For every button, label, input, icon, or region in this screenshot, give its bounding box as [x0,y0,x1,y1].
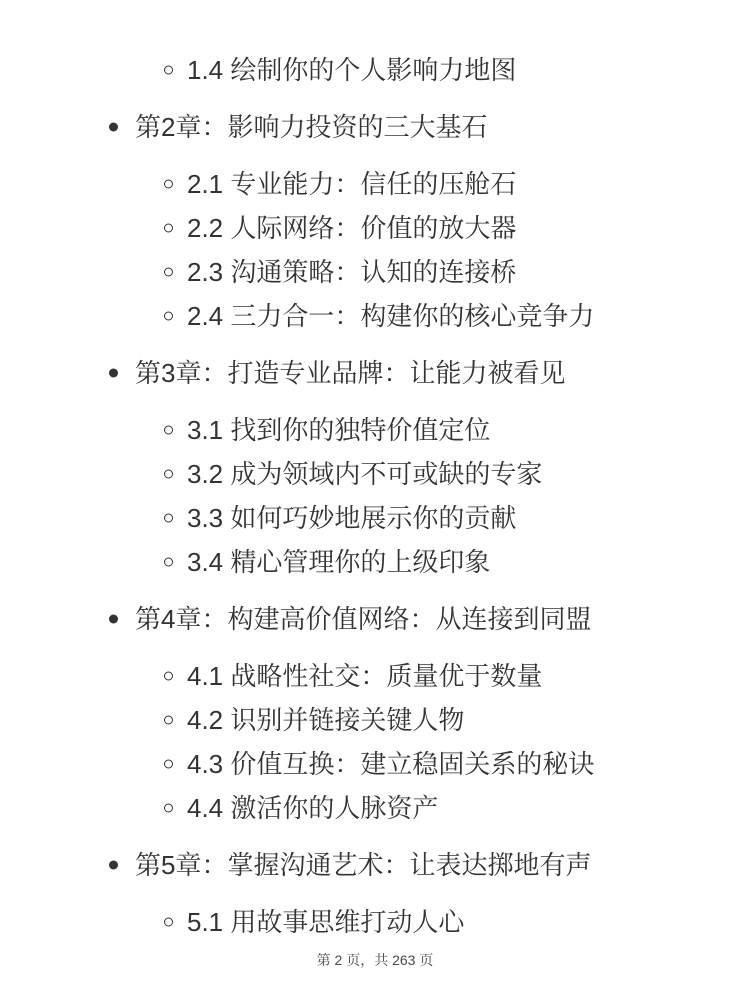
toc-section-label: 4.2 识别并链接关键人物 [187,705,464,735]
circle-bullet-icon [164,558,173,567]
toc-section-label: 3.1 找到你的独特价值定位 [187,415,490,445]
toc-chapter-label: 第4章：构建高价值网络：从连接到同盟 [135,604,591,634]
disc-bullet-icon [109,861,118,870]
circle-bullet-icon [164,268,173,277]
toc-section-label: 4.3 价值互换：建立稳固关系的秘诀 [187,749,594,779]
circle-bullet-icon [164,426,173,435]
toc-section-item: 4.1 战略性社交：质量优于数量 [187,654,720,698]
circle-bullet-icon [164,470,173,479]
toc-section-label: 2.2 人际网络：价值的放大器 [187,213,516,243]
toc-section-label: 1.4 绘制你的个人影响力地图 [187,55,516,85]
circle-bullet-icon [164,672,173,681]
toc-chapter-item: 第3章：打造专业品牌：让能力被看见 [135,351,720,395]
toc-section-item: 4.4 激活你的人脉资产 [187,786,720,830]
toc-chapter-label: 第2章：影响力投资的三大基石 [135,112,487,142]
circle-bullet-icon [164,312,173,321]
toc-section-item: 2.2 人际网络：价值的放大器 [187,206,720,250]
toc-chapter-item: 第4章：构建高价值网络：从连接到同盟 [135,597,720,641]
toc-section-item: 3.4 精心管理你的上级印象 [187,540,720,584]
toc-section-item: 5.1 用故事思维打动人心 [187,900,720,944]
toc-section-label: 4.4 激活你的人脉资产 [187,793,438,823]
toc-section-item: 2.4 三力合一：构建你的核心竞争力 [187,294,720,338]
toc-section-item: 3.1 找到你的独特价值定位 [187,408,720,452]
toc-section-item: 4.2 识别并链接关键人物 [187,698,720,742]
document-page: 1.4 绘制你的个人影响力地图 第2章：影响力投资的三大基石 2.1 专业能力：… [0,0,750,1000]
disc-bullet-icon [109,615,118,624]
toc-section-item: 2.3 沟通策略：认知的连接桥 [187,250,720,294]
disc-bullet-icon [109,123,118,132]
disc-bullet-icon [109,369,118,378]
toc-section-item: 4.3 价值互换：建立稳固关系的秘诀 [187,742,720,786]
circle-bullet-icon [164,180,173,189]
toc-chapter-label: 第5章：掌握沟通艺术：让表达掷地有声 [135,850,591,880]
circle-bullet-icon [164,804,173,813]
toc-section-item: 2.1 专业能力：信任的压舱石 [187,162,720,206]
circle-bullet-icon [164,918,173,927]
toc-section-label: 3.4 精心管理你的上级印象 [187,547,490,577]
circle-bullet-icon [164,716,173,725]
toc-section-item: 1.4 绘制你的个人影响力地图 [187,48,720,92]
toc-section-label: 2.4 三力合一：构建你的核心竞争力 [187,301,594,331]
page-footer: 第 2 页，共 263 页 [0,950,750,970]
toc-section-label: 3.3 如何巧妙地展示你的贡献 [187,503,516,533]
toc-section-item: 3.3 如何巧妙地展示你的贡献 [187,496,720,540]
toc-chapter-item: 第5章：掌握沟通艺术：让表达掷地有声 [135,843,720,887]
toc-chapter-label: 第3章：打造专业品牌：让能力被看见 [135,358,565,388]
table-of-contents: 1.4 绘制你的个人影响力地图 第2章：影响力投资的三大基石 2.1 专业能力：… [0,0,750,944]
toc-section-label: 2.3 沟通策略：认知的连接桥 [187,257,516,287]
circle-bullet-icon [164,760,173,769]
toc-chapter-item: 第2章：影响力投资的三大基石 [135,105,720,149]
circle-bullet-icon [164,66,173,75]
toc-section-label: 5.1 用故事思维打动人心 [187,907,464,937]
circle-bullet-icon [164,224,173,233]
toc-section-label: 3.2 成为领域内不可或缺的专家 [187,459,542,489]
toc-section-label: 4.1 战略性社交：质量优于数量 [187,661,542,691]
toc-section-label: 2.1 专业能力：信任的压舱石 [187,169,516,199]
toc-section-item: 3.2 成为领域内不可或缺的专家 [187,452,720,496]
circle-bullet-icon [164,514,173,523]
